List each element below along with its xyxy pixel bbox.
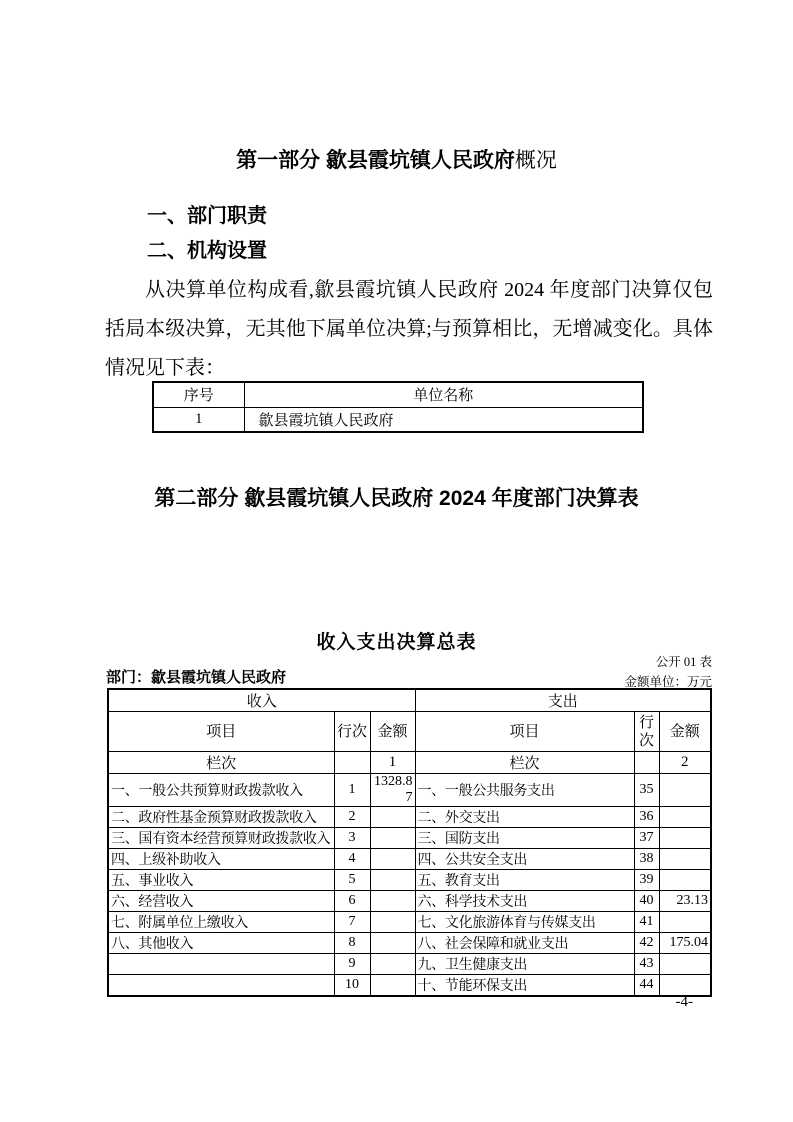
income-item-cell: 三、国有资本经营预算财政拨款收入 (108, 828, 334, 849)
income-item-cell: 八、其他收入 (108, 933, 334, 954)
income-amount-cell (370, 807, 415, 828)
income-amount-cell (370, 891, 415, 912)
expense-line-cell: 40 (634, 891, 659, 912)
income-item-cell (108, 975, 334, 997)
expense-item-cell: 五、教育支出 (415, 870, 634, 891)
expense-item-cell: 六、科学技术支出 (415, 891, 634, 912)
expense-line-cell: 43 (634, 954, 659, 975)
income-amount-cell (370, 828, 415, 849)
expense-item-cell: 一、一般公共服务支出 (415, 774, 634, 807)
income-item-cell: 六、经营收入 (108, 891, 334, 912)
group-header-row: 收入 支出 (108, 689, 711, 712)
income-line-cell: 3 (334, 828, 370, 849)
unit-table-header-row: 序号 单位名称 (153, 382, 643, 407)
expense-item-cell: 十、节能环保支出 (415, 975, 634, 997)
expense-item-cell: 九、卫生健康支出 (415, 954, 634, 975)
expense-item-cell: 三、国防支出 (415, 828, 634, 849)
table-row: 一、一般公共预算财政拨款收入 1 1328.87 一、一般公共服务支出 35 (108, 774, 711, 807)
heading-department-duty: 一、部门职责 (147, 199, 267, 228)
unit-table-col-name: 单位名称 (244, 382, 643, 407)
table-row: 四、上级补助收入 4 四、公共安全支出 38 (108, 849, 711, 870)
unit-index-cell: 1 (153, 407, 244, 432)
income-group-header: 收入 (108, 689, 415, 712)
expense-line-cell: 39 (634, 870, 659, 891)
income-item-cell: 一、一般公共预算财政拨款收入 (108, 774, 334, 807)
income-amount-cell (370, 912, 415, 933)
income-line-cell: 1 (334, 774, 370, 807)
expense-group-header: 支出 (415, 689, 711, 712)
expense-amount-cell: 23.13 (659, 891, 711, 912)
section1-title: 第一部分 歙县霞坑镇人民政府概况 (0, 146, 793, 176)
expense-item-cell: 二、外交支出 (415, 807, 634, 828)
expense-amount-cell (659, 870, 711, 891)
income-line-cell: 10 (334, 975, 370, 997)
expense-item-cell: 八、社会保障和就业支出 (415, 933, 634, 954)
document-page: 第一部分 歙县霞坑镇人民政府概况 一、部门职责 二、机构设置 从决算单位构成看,… (0, 0, 793, 1122)
department-label: 部门：歙县霞坑镇人民政府 (106, 666, 286, 687)
expense-rank-line-cell (634, 752, 659, 774)
table-row: 10 十、节能环保支出 44 (108, 975, 711, 997)
expense-amount-cell (659, 912, 711, 933)
expense-item-header: 项目 (415, 712, 634, 752)
income-item-cell: 二、政府性基金预算财政拨款收入 (108, 807, 334, 828)
expense-item-cell: 四、公共安全支出 (415, 849, 634, 870)
expense-line-header: 行次 (634, 712, 659, 752)
expense-line-cell: 44 (634, 975, 659, 997)
unit-table-col-index: 序号 (153, 382, 244, 407)
expense-line-cell: 38 (634, 849, 659, 870)
expense-col-number: 2 (659, 752, 711, 774)
unit-table-row: 1 歙县霞坑镇人民政府 (153, 407, 643, 432)
expense-line-cell: 37 (634, 828, 659, 849)
income-amount-cell (370, 849, 415, 870)
table-row: 六、经营收入 6 六、科学技术支出 40 23.13 (108, 891, 711, 912)
table-row: 七、附属单位上缴收入 7 七、文化旅游体育与传媒支出 41 (108, 912, 711, 933)
heading-organization: 二、机构设置 (147, 234, 267, 263)
expense-item-cell: 七、文化旅游体育与传媒支出 (415, 912, 634, 933)
column-header-row: 项目 行次 金额 项目 行次 金额 (108, 712, 711, 752)
income-line-cell: 4 (334, 849, 370, 870)
income-item-header: 项目 (108, 712, 334, 752)
income-amount-cell (370, 975, 415, 997)
section1-title-main: 第一部分 歙县霞坑镇人民政府 (236, 149, 515, 172)
income-line-cell: 2 (334, 807, 370, 828)
expense-amount-cell (659, 807, 711, 828)
income-item-cell: 五、事业收入 (108, 870, 334, 891)
expense-amount-cell (659, 975, 711, 997)
expense-line-cell: 35 (634, 774, 659, 807)
table-row: 八、其他收入 8 八、社会保障和就业支出 42 175.04 (108, 933, 711, 954)
table-row: 五、事业收入 5 五、教育支出 39 (108, 870, 711, 891)
unit-name-cell: 歙县霞坑镇人民政府 (244, 407, 643, 432)
income-line-cell: 5 (334, 870, 370, 891)
income-line-header: 行次 (334, 712, 370, 752)
income-line-cell: 8 (334, 933, 370, 954)
income-amount-header: 金额 (370, 712, 415, 752)
income-line-cell: 6 (334, 891, 370, 912)
income-item-cell: 七、附属单位上缴收入 (108, 912, 334, 933)
summary-table-title: 收入支出决算总表 (0, 627, 793, 654)
expense-amount-cell (659, 954, 711, 975)
table-code-label: 公开 01 表 (656, 652, 712, 670)
expense-line-cell: 42 (634, 933, 659, 954)
income-expense-summary-table: 收入 支出 项目 行次 金额 项目 行次 金额 栏次 1 栏次 2 一、一般公共… (107, 688, 712, 997)
expense-amount-cell (659, 774, 711, 807)
income-amount-cell (370, 954, 415, 975)
expense-line-cell: 41 (634, 912, 659, 933)
expense-amount-cell (659, 849, 711, 870)
expense-line-cell: 36 (634, 807, 659, 828)
expense-amount-cell: 175.04 (659, 933, 711, 954)
unit-table: 序号 单位名称 1 歙县霞坑镇人民政府 (152, 381, 642, 433)
expense-amount-cell (659, 828, 711, 849)
income-line-cell: 7 (334, 912, 370, 933)
income-item-cell (108, 954, 334, 975)
income-amount-cell: 1328.87 (370, 774, 415, 807)
expense-rank-label: 栏次 (415, 752, 634, 774)
table-row: 三、国有资本经营预算财政拨款收入 3 三、国防支出 37 (108, 828, 711, 849)
section1-title-suffix: 概况 (515, 149, 557, 172)
section2-title: 第二部分 歙县霞坑镇人民政府 2024 年度部门决算表 (0, 482, 793, 512)
rank-row: 栏次 1 栏次 2 (108, 752, 711, 774)
table-row: 二、政府性基金预算财政拨款收入 2 二、外交支出 36 (108, 807, 711, 828)
intro-paragraph: 从决算单位构成看,歙县霞坑镇人民政府 2024 年度部门决算仅包括局本级决算，无… (105, 271, 713, 388)
income-amount-cell (370, 933, 415, 954)
income-rank-line-cell (334, 752, 370, 774)
income-amount-cell (370, 870, 415, 891)
table-row: 9 九、卫生健康支出 43 (108, 954, 711, 975)
income-col-number: 1 (370, 752, 415, 774)
income-rank-label: 栏次 (108, 752, 334, 774)
income-item-cell: 四、上级补助收入 (108, 849, 334, 870)
income-line-cell: 9 (334, 954, 370, 975)
page-number: -4- (676, 994, 694, 1011)
expense-amount-header: 金额 (659, 712, 711, 752)
